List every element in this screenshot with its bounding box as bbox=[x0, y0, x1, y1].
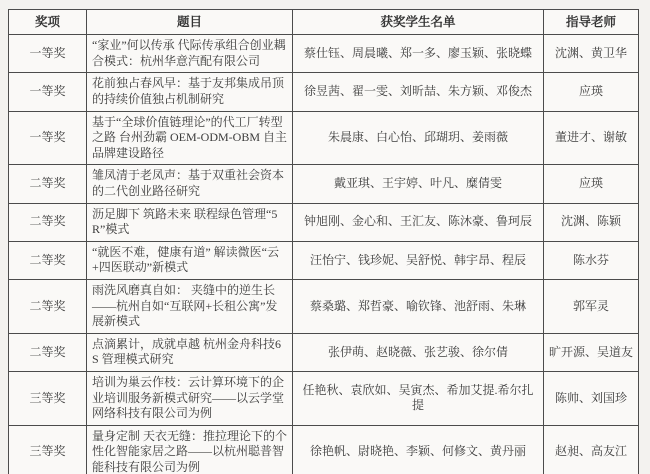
cell-advisors: 旷开源、吴道友 bbox=[544, 333, 639, 371]
cell-title: 基于“全球价值链理论”的代工厂转型之路 台州劲霸 OEM-ODM-OBM 自主品… bbox=[87, 111, 293, 165]
cell-title: 沥足脚下 筑路未来 联程绿色管理“5R”模式 bbox=[87, 203, 293, 241]
cell-award: 三等奖 bbox=[9, 425, 87, 474]
cell-title: 培训为巢云作枝：云计算环境下的企业培训服务新模式研究——以云学堂网络科技有限公司… bbox=[87, 371, 293, 425]
table-row: 一等奖基于“全球价值链理论”的代工厂转型之路 台州劲霸 OEM-ODM-OBM … bbox=[9, 111, 639, 165]
cell-advisors: 董进才、谢敏 bbox=[544, 111, 639, 165]
col-header-title: 题目 bbox=[87, 10, 293, 35]
cell-students: 戴亚琪、王宇婷、叶凡、糜倩雯 bbox=[293, 165, 544, 203]
cell-award: 二等奖 bbox=[9, 333, 87, 371]
cell-title: 雨洗风磨真自如： 夹缝中的逆生长——杭州自如“互联网+长租公寓”发展新模式 bbox=[87, 279, 293, 333]
cell-title: 雏凤清于老凤声：基于双重社会资本的二代创业路径研究 bbox=[87, 165, 293, 203]
cell-students: 张伊萌、赵晓薇、张艺骏、徐尔倩 bbox=[293, 333, 544, 371]
table-row: 一等奖花前独占春风早：基于友邦集成吊顶的持续价值独占机制研究徐昱茜、翟一雯、刘昕… bbox=[9, 73, 639, 111]
cell-students: 徐艳帆、尉晓艳、李颖、何修文、黄丹丽 bbox=[293, 425, 544, 474]
col-header-advisors: 指导老师 bbox=[544, 10, 639, 35]
cell-award: 一等奖 bbox=[9, 111, 87, 165]
cell-advisors: 沈渊、黄卫华 bbox=[544, 35, 639, 73]
cell-advisors: 郭军灵 bbox=[544, 279, 639, 333]
cell-students: 钟旭刚、金心和、王汇友、陈沐豪、鲁珂辰 bbox=[293, 203, 544, 241]
header-row: 奖项 题目 获奖学生名单 指导老师 bbox=[9, 10, 639, 35]
cell-students: 蔡桑璐、郑哲豪、喻钦锋、池舒雨、朱琳 bbox=[293, 279, 544, 333]
cell-students: 朱晨康、白心怡、邱瑚玥、姜雨薇 bbox=[293, 111, 544, 165]
cell-award: 二等奖 bbox=[9, 241, 87, 279]
cell-advisors: 应瑛 bbox=[544, 73, 639, 111]
table-row: 三等奖培训为巢云作枝：云计算环境下的企业培训服务新模式研究——以云学堂网络科技有… bbox=[9, 371, 639, 425]
table-row: 二等奖点滴累计，成就卓越 杭州金舟科技6S 管理模式研究张伊萌、赵晓薇、张艺骏、… bbox=[9, 333, 639, 371]
awards-table: 奖项 题目 获奖学生名单 指导老师 一等奖“家业”何以传承 代际传承组合创业耦合… bbox=[8, 9, 639, 474]
cell-title: 花前独占春风早：基于友邦集成吊顶的持续价值独占机制研究 bbox=[87, 73, 293, 111]
cell-advisors: 陈帅、刘国珍 bbox=[544, 371, 639, 425]
scanned-document-page: 奖项 题目 获奖学生名单 指导老师 一等奖“家业”何以传承 代际传承组合创业耦合… bbox=[0, 0, 650, 474]
cell-award: 二等奖 bbox=[9, 165, 87, 203]
table-row: 三等奖量身定制 天衣无缝：推拉理论下的个性化智能家居之路——以杭州聪普智能科技有… bbox=[9, 425, 639, 474]
table-row: 二等奖“就医不难，健康有道” 解读微医“云+四医联动”新模式汪怡宁、钱珍妮、吴舒… bbox=[9, 241, 639, 279]
col-header-students: 获奖学生名单 bbox=[293, 10, 544, 35]
cell-title: “家业”何以传承 代际传承组合创业耦合模式：杭州华意汽配有限公司 bbox=[87, 35, 293, 73]
cell-award: 一等奖 bbox=[9, 73, 87, 111]
cell-students: 蔡仕钰、周晨曦、郑一多、廖玉颖、张晓蝶 bbox=[293, 35, 544, 73]
cell-students: 汪怡宁、钱珍妮、吴舒悦、韩宇昂、程辰 bbox=[293, 241, 544, 279]
cell-award: 二等奖 bbox=[9, 203, 87, 241]
cell-title: 点滴累计，成就卓越 杭州金舟科技6S 管理模式研究 bbox=[87, 333, 293, 371]
cell-students: 徐昱茜、翟一雯、刘昕喆、朱方颖、邓俊杰 bbox=[293, 73, 544, 111]
cell-advisors: 应瑛 bbox=[544, 165, 639, 203]
table-row: 一等奖“家业”何以传承 代际传承组合创业耦合模式：杭州华意汽配有限公司蔡仕钰、周… bbox=[9, 35, 639, 73]
table-row: 二等奖雏凤清于老凤声：基于双重社会资本的二代创业路径研究戴亚琪、王宇婷、叶凡、糜… bbox=[9, 165, 639, 203]
table-row: 二等奖雨洗风磨真自如： 夹缝中的逆生长——杭州自如“互联网+长租公寓”发展新模式… bbox=[9, 279, 639, 333]
cell-award: 三等奖 bbox=[9, 371, 87, 425]
cell-title: 量身定制 天衣无缝：推拉理论下的个性化智能家居之路——以杭州聪普智能科技有限公司… bbox=[87, 425, 293, 474]
table-row: 二等奖沥足脚下 筑路未来 联程绿色管理“5R”模式钟旭刚、金心和、王汇友、陈沐豪… bbox=[9, 203, 639, 241]
col-header-award: 奖项 bbox=[9, 10, 87, 35]
cell-advisors: 陈水芬 bbox=[544, 241, 639, 279]
cell-advisors: 赵昶、高友江 bbox=[544, 425, 639, 474]
cell-title: “就医不难，健康有道” 解读微医“云+四医联动”新模式 bbox=[87, 241, 293, 279]
cell-award: 一等奖 bbox=[9, 35, 87, 73]
cell-award: 二等奖 bbox=[9, 279, 87, 333]
cell-students: 任艳秋、袁欣如、吴寅杰、希加艾提.希尔扎提 bbox=[293, 371, 544, 425]
cell-advisors: 沈渊、陈颖 bbox=[544, 203, 639, 241]
